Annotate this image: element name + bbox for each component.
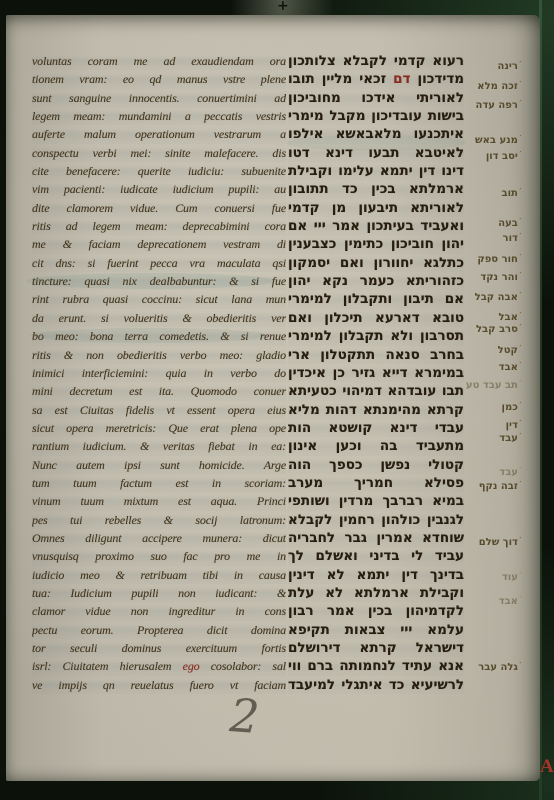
latin-text-column: voluntas coram me ad exaudiendam oration… — [32, 52, 286, 694]
gloss-root-mark: ׳ — [518, 660, 522, 668]
margin-gloss-column: ׳רינה׳זכה מלא׳רפה עדה׳מנע באש׳יסב דון׳תו… — [464, 15, 540, 781]
hebrew-text-line: פסילא חמריך מערב — [288, 474, 464, 492]
margin-gloss: ׳דוך שלם — [479, 533, 522, 549]
margin-gloss: ׳תוב — [502, 184, 522, 200]
margin-gloss: ׳כמן — [502, 398, 522, 414]
gloss-text: זבה נקף — [479, 481, 518, 492]
margin-gloss: ׳אבה קבל — [475, 288, 522, 304]
hebrew-text-line: עביד לי בדיני ואשלם לך — [288, 547, 464, 565]
hebrew-text-line: כזהוריתא כעמר נקא יהון — [288, 272, 464, 290]
hebrew-text-line: לגנבין כולהון רחמין לקבלא — [288, 511, 464, 529]
gloss-root-mark: ׳ — [518, 59, 522, 67]
hebrew-text-line: בדינך דין יתמא לא דינין — [288, 566, 464, 584]
gloss-text: דור — [503, 233, 518, 244]
gloss-root-mark: ׳ — [518, 465, 522, 473]
gloss-root-mark: ׳ — [518, 378, 522, 386]
gloss-text: קטל — [498, 345, 518, 356]
gloss-root-mark: ׳ — [518, 360, 522, 368]
gloss-root-mark: ׳ — [518, 290, 522, 298]
latin-text-line: tum tuum factum est in scoriam: — [32, 474, 286, 492]
gloss-text: גלה עבר — [478, 662, 518, 673]
gloss-root-mark: ׳ — [518, 252, 522, 260]
latin-text-line: Nunc autem ipsi sunt homicide. Arge — [32, 456, 286, 474]
latin-text-line: sunt sanguine innocentis. conuertimini a… — [32, 89, 286, 107]
gloss-text: יסב דון — [486, 151, 518, 162]
latin-text-line: me & faciam deprecationem vestram di — [32, 235, 286, 253]
hebrew-text-line: ארמלתא בכין כד תתובון — [288, 180, 464, 198]
gloss-root-mark: ׳ — [518, 149, 522, 157]
gloss-root-mark: ׳ — [518, 594, 522, 602]
gloss-text: חור ספק — [477, 254, 518, 265]
hebrew-text-line: לאיטבא תבעו דינא דטו דאניס — [288, 144, 464, 162]
margin-gloss: ׳גלה עבר — [478, 658, 522, 674]
hebrew-text-line: במיא רברבך מרדין ושותפי — [288, 492, 464, 510]
latin-text-line: Omnes diligunt accipere munera: dicut — [32, 529, 286, 547]
margin-gloss: ׳קטל — [498, 341, 522, 357]
hebrew-text-line: תסרבון ולא תקבלון למימרי — [288, 327, 464, 345]
gloss-text: דוך שלם — [479, 537, 518, 548]
hebrew-text-line: דינו דין יתמא עלימו וקבילת — [288, 162, 464, 180]
latin-text-line: sa est Ciuitas fidelis vt essent opera e… — [32, 401, 286, 419]
hebrew-text-line: תבו עובדהא דמיהוי כטעיתא — [288, 382, 464, 400]
hebrew-text-line: אנא עתיד לנחמותה ברם ווי — [288, 657, 464, 675]
hebrew-text-line: דישראל קרתא דירושלם — [288, 639, 464, 657]
latin-text-line: pes tui rebelles & socij latronum: — [32, 511, 286, 529]
margin-gloss: ׳בעה — [498, 214, 522, 230]
hebrew-text-line: וקבילת ארמלתא לא עלת — [288, 584, 464, 602]
gloss-text: מנע באש — [475, 135, 518, 146]
latin-text-line: tua: Iudicium pupili non iudicant: & — [32, 584, 286, 602]
margin-gloss: ׳סרב קבל — [476, 320, 522, 336]
latin-text-line: ritis & non obedieritis verbo meo: gladi… — [32, 346, 286, 364]
margin-gloss: ׳חור ספק — [477, 250, 522, 266]
gloss-root-mark: ׳ — [518, 98, 522, 106]
hebrew-text-line: כתלגא יחוורון ואם יסמקון — [288, 254, 464, 272]
gloss-root-mark: ׳ — [518, 343, 522, 351]
hebrew-text-column: רעוא קדמי לקבלא צלותכוןמדידכון דם זכאי מ… — [288, 52, 464, 694]
latin-text-line: da erunt. si volueritis & obedieritis ve… — [32, 309, 286, 327]
margin-gloss: ׳זכה מלא — [477, 77, 522, 93]
gloss-text: רינה — [498, 61, 518, 72]
margin-gloss: ׳אבד — [499, 358, 522, 374]
margin-gloss: ׳אבד — [499, 592, 522, 608]
latin-text-line: isrl: Ciuitatem hierusalem ego cosolabor… — [32, 657, 286, 675]
red-ink-word: דם — [393, 71, 410, 87]
gloss-root-mark: ׳ — [518, 231, 522, 239]
gloss-root-mark: ׳ — [518, 216, 522, 224]
margin-gloss: ׳רפה עדה — [476, 96, 522, 112]
gloss-root-mark: ׳ — [518, 270, 522, 278]
hebrew-text-line: לאוריתא תיבעון מן קדמי — [288, 199, 464, 217]
quire-cross-mark: + — [277, 0, 289, 13]
latin-text-line: rantium iudicium. & veritas fiebat in ea… — [32, 437, 286, 455]
hebrew-text-line: בחרב סנאה תתקטלון ארי — [288, 346, 464, 364]
gloss-text: אבה קבל — [475, 292, 518, 303]
margin-gloss: ׳רינה — [498, 57, 522, 73]
gloss-root-mark: ׳ — [518, 79, 522, 87]
gloss-text: תוב — [502, 188, 518, 199]
latin-text-line: pectu eorum. Propterea dicit domina — [32, 621, 286, 639]
gloss-root-mark: ׳ — [518, 570, 522, 578]
gloss-text: והר נקד — [480, 272, 518, 283]
hebrew-text-line: לרשיעיא כד איתגלי למיעבד — [288, 676, 464, 694]
latin-text-line: clamor vidue non ingreditur in cons — [32, 602, 286, 620]
gloss-text: רפה עדה — [476, 100, 518, 111]
gloss-root-mark: ׳ — [518, 400, 522, 408]
hebrew-text-line: בישות עובדיכון מקבל מימרי — [288, 107, 464, 125]
latin-text-line: conspectu verbi mei: sinite malefacere. … — [32, 144, 286, 162]
gloss-text: אבד — [499, 596, 518, 607]
latin-text-line: ritis ad legem meam: deprecabimini cora — [32, 217, 286, 235]
gloss-text: בעה — [498, 218, 518, 229]
latin-text-line: cit dns: si fuerint pecca vra maculata q… — [32, 254, 286, 272]
hebrew-text-line: עלמא ייי צבאות תקיפא — [288, 621, 464, 639]
hebrew-text-line: טובא דארעא תיכלון ואם — [288, 309, 464, 327]
margin-gloss: ׳זבה נקף — [479, 477, 522, 493]
latin-text-line: vim pacienti: iudicate iudicium pupili: … — [32, 180, 286, 198]
margin-gloss: ׳עבד — [499, 429, 522, 445]
manuscript-photo: { "page": { "top_mark": "+", "folio_numb… — [0, 0, 554, 800]
hebrew-text-line: עבדי דינא קושטא הות — [288, 419, 464, 437]
latin-text-line: sicut opera meretricis: Que erat plena o… — [32, 419, 286, 437]
gloss-root-mark: ׳ — [518, 310, 522, 318]
latin-text-line: mini decretum est ita. Quomodo conuer — [32, 382, 286, 400]
folio-number: 2 — [228, 692, 260, 740]
gloss-root-mark: ׳ — [518, 133, 522, 141]
gloss-text: עוד — [502, 572, 518, 583]
hebrew-text-line: מדידכון דם זכאי מליין תובו — [288, 70, 464, 88]
hebrew-text-line: מתעביד בה וכען אינון — [288, 437, 464, 455]
hebrew-text-line: במימרא דייא גזיר כן איכדין — [288, 364, 464, 382]
gloss-root-mark: ׳ — [518, 186, 522, 194]
gloss-text: סרב קבל — [476, 324, 518, 335]
corner-letter-mark: A — [540, 757, 554, 776]
hebrew-text-line: קרתא מהימנתא דהות מליא — [288, 401, 464, 419]
manuscript-page: voluntas coram me ad exaudiendam oration… — [6, 15, 540, 781]
latin-text-line: vnusquisq proximo suo fac pro me in — [32, 547, 286, 565]
margin-gloss: ׳והר נקד — [480, 268, 522, 284]
margin-gloss: ׳תב עבד טע — [466, 376, 522, 392]
hebrew-text-line: אם תיבון ותקבלון למימרי — [288, 290, 464, 308]
margin-gloss: ׳יסב דון — [486, 147, 522, 163]
gloss-text: עבד — [499, 433, 518, 444]
gloss-root-mark: ׳ — [518, 322, 522, 330]
latin-text-line: legem meam: mundamini a peccatis vestris — [32, 107, 286, 125]
latin-text-line: auferte malum operationum vestrarum a — [32, 125, 286, 143]
margin-gloss: ׳עוד — [502, 568, 522, 584]
hebrew-text-line: שוחדא אמרין גבר לחבריה — [288, 529, 464, 547]
gloss-text: תב עבד טע — [466, 380, 518, 391]
hebrew-text-line: ואעביד בעיתכון אמר ייי אם — [288, 217, 464, 235]
red-ink-word: ego — [183, 659, 200, 673]
gloss-root-mark: ׳ — [518, 431, 522, 439]
gloss-text: אבד — [499, 362, 518, 373]
hebrew-text-line: לאוריתי אידכו מחוביכון אעדו — [288, 89, 464, 107]
hebrew-text-line: רעוא קדמי לקבלא צלותכון — [288, 52, 464, 70]
gloss-root-mark: ׳ — [518, 535, 522, 543]
latin-text-line: voluntas coram me ad exaudiendam ora — [32, 52, 286, 70]
hebrew-text-line: קטולי נפשן כספך הוה — [288, 456, 464, 474]
gloss-text: זכה מלא — [477, 81, 518, 92]
latin-text-line: inimici interficiemini: quia in verbo do — [32, 364, 286, 382]
hebrew-text-line: יהון חוביכון כתימין כצבענין — [288, 235, 464, 253]
latin-text-line: vinum tuum mixtum est aqua. Princi — [32, 492, 286, 510]
hebrew-text-line: איתכנעו מלאבאשא אילפו — [288, 125, 464, 143]
latin-text-line: rint rubra quasi coccinu: sicut lana mun — [32, 290, 286, 308]
hebrew-text-line: לקדמיהון בכין אמר רבון — [288, 602, 464, 620]
gloss-root-mark: ׳ — [518, 479, 522, 487]
latin-text-line: bo meo: bona terra comedetis. & si renue — [32, 327, 286, 345]
margin-gloss: ׳מנע באש — [475, 131, 522, 147]
latin-text-line: dite clamorem vidue. Cum conuersi fue — [32, 199, 286, 217]
gloss-text: כמן — [502, 402, 518, 413]
latin-text-line: cite benefacere: querite iudiciu: subuen… — [32, 162, 286, 180]
gloss-root-mark: ׳ — [518, 418, 522, 426]
margin-gloss: ׳דור — [503, 229, 522, 245]
latin-text-line: tincture: quasi nix dealbabuntur: & si f… — [32, 272, 286, 290]
latin-text-line: tor seculi dominus exercituum fortis — [32, 639, 286, 657]
latin-text-line: tionem vram: eo qd manus vstre plene — [32, 70, 286, 88]
latin-text-line: iudicio meo & retribuam tibi in causa — [32, 566, 286, 584]
